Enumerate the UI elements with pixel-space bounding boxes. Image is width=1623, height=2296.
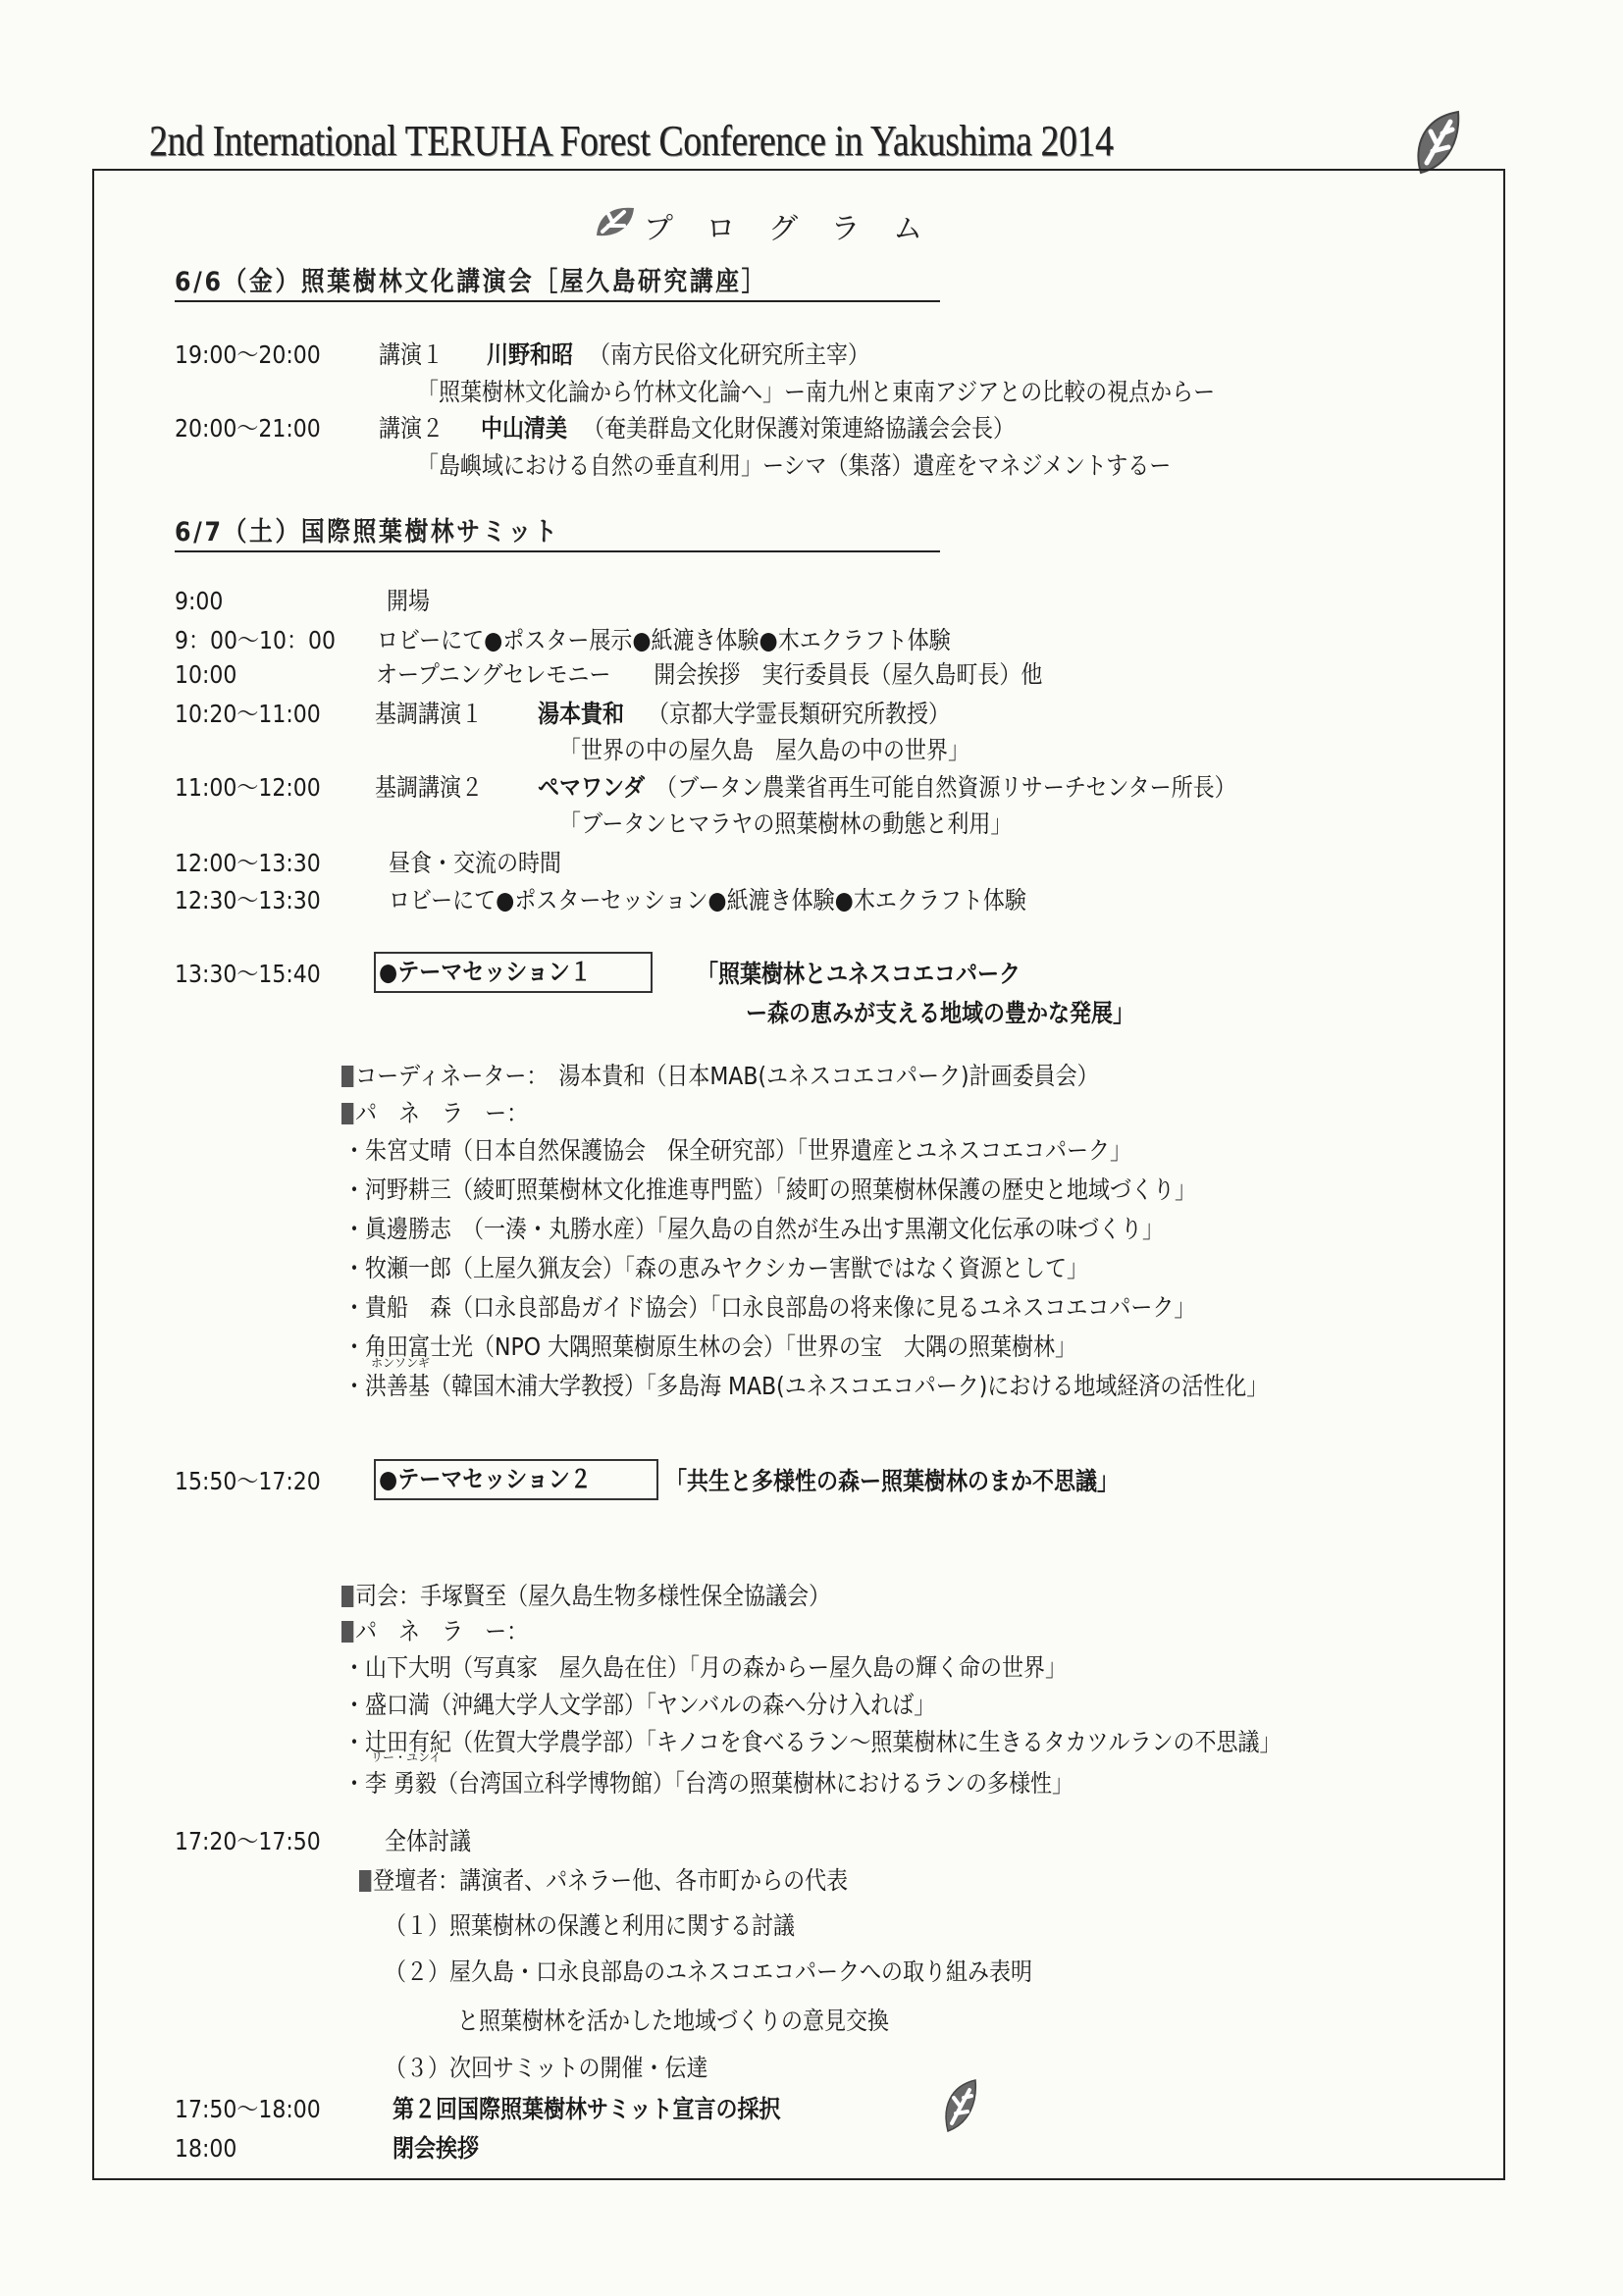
time: 19:00～20:00 [175,340,321,370]
leaf-icon [942,2078,977,2133]
session2-label: ●テーマセッション２ [379,1465,592,1494]
discussion-item: （３）次回サミットの開催・伝達 [385,2054,708,2083]
leaf-icon [1413,108,1462,177]
time: 12:00～13:30 [175,849,321,878]
lecture-label: 基調講演２ [375,773,483,803]
discussion-item: （１）照葉樹林の保護と利用に関する討議 [385,1911,795,1941]
session1-label: ●テーマセッション１ [379,958,592,987]
speakers-text: 登壇者：講演者、パネラー他、各市町からの代表 [373,1866,848,1895]
panelist: ・貴船 森（口永良部島ガイド協会）「口永良部島の将来像に見るユネスコエコパーク」 [343,1293,1195,1323]
panelist: ・盛口満（沖縄大学人文学部）「ヤンバルの森へ分け入れば」 [343,1691,935,1720]
day1-heading: 6/6（金）照葉樹林文化講演会［屋久島研究講座］ [175,268,767,297]
time: 17:20～17:50 [175,1827,321,1856]
event: オープニングセレモニー 開会挨拶 実行委員長（屋久島町長）他 [376,660,1042,690]
lecture-label: 基調講演１ [375,700,483,729]
lecture-topic: 「世界の中の屋久島 屋久島の中の世界」 [559,736,969,765]
event: ロビーにて●ポスターセッション●紙漉き体験●木エクラフト体験 [389,886,1026,915]
panelist: ・角田富士光（NPO 大隅照葉樹原生林の会）「世界の宝 大隅の照葉樹林」 [343,1332,1076,1362]
time: 10:00 [175,660,236,690]
event: 昼食・交流の時間 [389,849,561,878]
event: 閉会挨拶 [393,2134,479,2164]
affiliation: （京都大学霊長類研究所教授） [648,700,950,729]
session1-title: 「照葉樹林とユネスコエコパーク [697,960,1021,989]
time: 18:00 [175,2134,236,2164]
panelist: ・辻田有紀（佐賀大学農学部）「キノコを食べるラン～照葉樹林に生きるタカツルランの… [343,1728,1281,1757]
time: 9：00～10：00 [175,626,336,655]
lecture-label: 講演１ [379,340,444,370]
time: 15:50～17:20 [175,1467,321,1496]
event: 開場 [387,587,430,616]
session2-title: 「共生と多様性の森ー照葉樹林のまか不思議」 [665,1467,1119,1496]
discussion-item: と照葉樹林を活かした地域づくりの意見交換 [457,2007,889,2036]
day1-underline [175,300,940,302]
session1-subtitle: ー森の恵みが支える地域の豊かな発展」 [746,999,1134,1028]
speaker-name: 中山清美 [481,414,567,444]
program-heading: プ ロ グ ラ ム [644,204,934,247]
speaker-name: 川野和昭 [487,340,573,370]
panelist: ・牧瀬一郎（上屋久猟友会）「森の恵みヤクシカー害獣ではなく資源として」 [343,1254,1088,1283]
day2-heading: 6/7（土）国際照葉樹林サミット [175,518,559,548]
affiliation: （ブータン農業省再生可能自然資源リサーチセンター所長） [655,773,1236,803]
panelist: ・李 勇毅（台湾国立科学博物館）「台湾の照葉樹林におけるランの多様性」 [343,1769,1073,1799]
ruby-reading: リー・ユンイ [371,1748,441,1765]
discussion-title: 全体討議 [385,1827,471,1856]
discussion-speakers: 登壇者：講演者、パネラー他、各市町からの代表 [359,1866,848,1896]
panelist: ・河野耕三（綾町照葉樹林文化推進専門監）「綾町の照葉樹林保護の歴史と地域づくり」 [343,1175,1196,1205]
panelist: ・洪善基（韓国木浦大学教授）「多島海 MAB(ユネスコエコパーク)における地域経… [343,1372,1268,1401]
discussion-item: （２）屋久島・口永良部島のユネスコエコパークへの取り組み表明 [385,1957,1032,1987]
affiliation: （南方民俗文化研究所主宰） [589,340,869,370]
panelist: ・眞邊勝志 （一湊・丸勝水産）「屋久島の自然が生み出す黒潮文化伝承の味づくり」 [343,1215,1164,1244]
document-title: 2nd International TERUHA Forest Conferen… [149,116,1113,166]
panel-label: パ ネ ラ ー： [341,1617,528,1646]
moderator: 司会：手塚賢至（屋久島生物多様性保全協議会） [341,1582,830,1611]
panelist: ・山下大明（写真家 屋久島在住）「月の森からー屋久島の輝く命の世界」 [343,1653,1067,1683]
square-bullet-icon [341,1621,353,1643]
panel-label-text: パ ネ ラ ー： [355,1617,528,1645]
coordinator-text: コーディネーター： 湯本貴和（日本MAB(ユネスコエコパーク)計画委員会） [355,1062,1099,1090]
square-bullet-icon [359,1870,371,1892]
moderator-text: 司会：手塚賢至（屋久島生物多様性保全協議会） [355,1582,830,1610]
event: 第２回国際照葉樹林サミット宣言の採択 [393,2095,781,2124]
square-bullet-icon [341,1586,353,1607]
affiliation: （奄美群島文化財保護対策連絡協議会会長） [583,414,1015,444]
panel-label: パ ネ ラ ー： [341,1099,528,1128]
time: 10:20～11:00 [175,700,321,729]
lecture-topic: 「照葉樹林文化論から竹林文化論へ」ー南九州と東南アジアとの比較の視点からー [417,378,1215,407]
speaker-name: ペマワンダ [538,773,645,803]
time: 13:30～15:40 [175,960,321,989]
lecture-label: 講演２ [379,414,444,444]
ruby-reading: ホンソンギ [371,1354,430,1371]
time: 12:30～13:30 [175,886,321,915]
time: 11:00～12:00 [175,773,321,803]
leaf-icon [595,204,636,237]
day2-underline [175,550,940,552]
square-bullet-icon [341,1103,353,1124]
coordinator: コーディネーター： 湯本貴和（日本MAB(ユネスコエコパーク)計画委員会） [341,1062,1099,1091]
panel-label-text: パ ネ ラ ー： [355,1099,528,1127]
time: 17:50～18:00 [175,2095,321,2124]
lecture-topic: 「島嶼域における自然の垂直利用」ーシマ（集落）遺産をマネジメントするー [417,451,1171,481]
lecture-topic: 「ブータンヒマラヤの照葉樹林の動態と利用」 [559,809,1012,839]
panelist: ・朱宮丈晴（日本自然保護協会 保全研究部）「世界遺産とユネスコエコパーク」 [343,1136,1131,1166]
time: 20:00～21:00 [175,414,321,444]
square-bullet-icon [341,1066,353,1087]
time: 9:00 [175,587,223,616]
speaker-name: 湯本貴和 [538,700,624,729]
event: ロビーにて●ポスター展示●紙漉き体験●木エクラフト体験 [377,626,951,655]
